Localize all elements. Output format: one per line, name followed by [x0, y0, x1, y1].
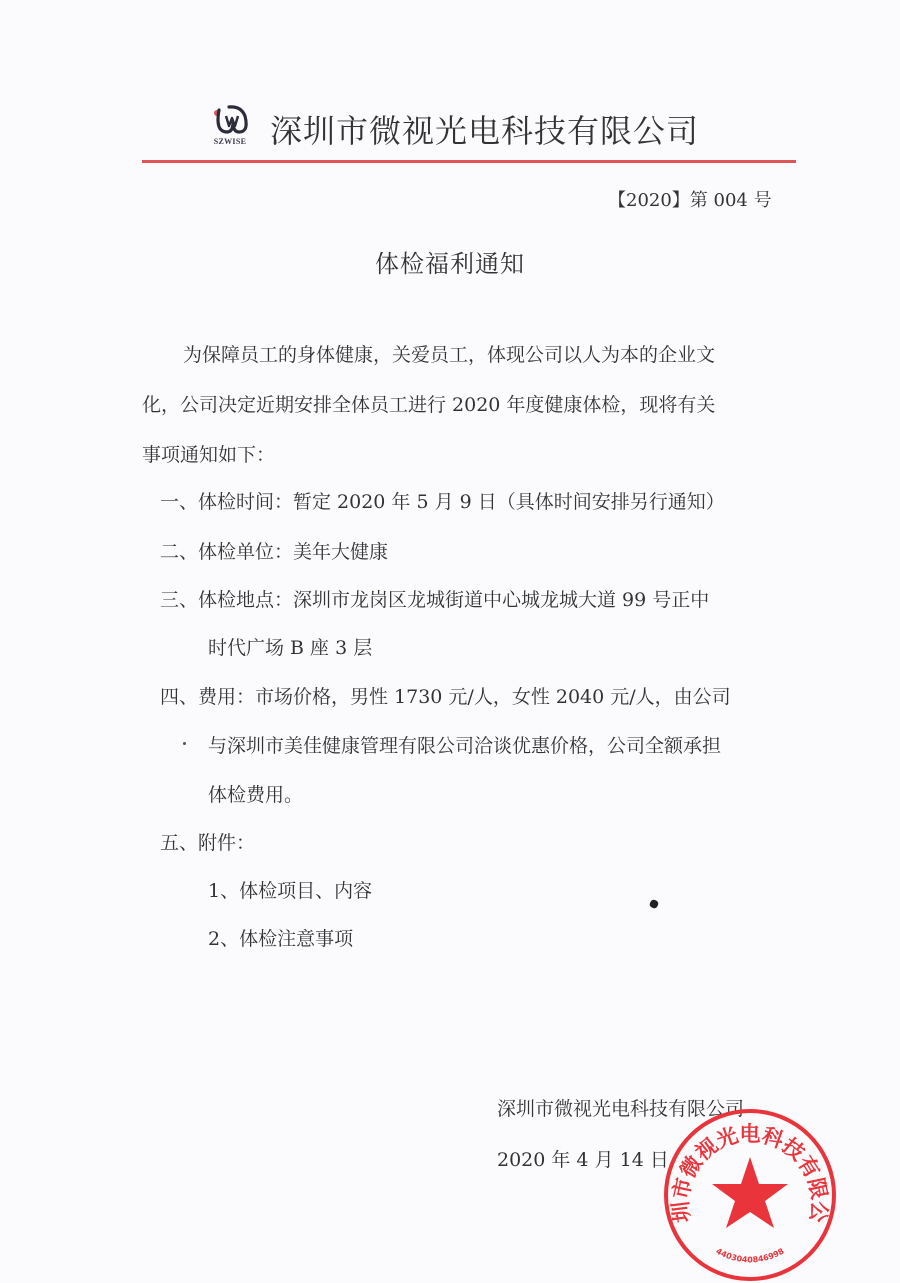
item-fees-cont: 体检费用。: [208, 780, 303, 807]
item-attachments: 五、附件：: [160, 828, 255, 855]
seal-graphic: 深圳市微视光电科技有限公司 4403040846998: [660, 1105, 840, 1283]
document-title: 体检福利通知: [375, 244, 525, 279]
scan-speck: [183, 742, 186, 745]
attachment-item: 2、体检注意事项: [208, 924, 353, 951]
intro-line: 化，公司决定近期安排全体员工进行 2020 年度健康体检，现将有关: [142, 390, 715, 417]
scan-speck: [649, 899, 660, 910]
item-exam-location: 三、体检地点：深圳市龙岗区龙城街道中心城龙城大道 99 号正中: [160, 585, 709, 612]
logo-icon: [205, 102, 255, 142]
signature-date: 2020 年 4 月 14 日: [497, 1145, 669, 1172]
company-seal: 深圳市微视光电科技有限公司 4403040846998: [660, 1105, 840, 1283]
header-divider: [142, 160, 796, 163]
intro-line: 事项通知如下：: [142, 440, 275, 467]
item-exam-time: 一、体检时间：暂定 2020 年 5 月 9 日（具体时间安排另行通知）: [160, 487, 725, 514]
seal-code: 4403040846998: [714, 1246, 786, 1264]
logo-text: SZWISE: [205, 137, 255, 146]
item-fees: 四、费用：市场价格，男性 1730 元/人，女性 2040 元/人，由公司: [160, 682, 731, 709]
star-icon: [712, 1157, 788, 1228]
item-exam-provider: 二、体检单位：美年大健康: [160, 537, 388, 564]
item-fees-cont: 与深圳市美佳健康管理有限公司洽谈优惠价格，公司全额承担: [208, 731, 721, 758]
document-number: 【2020】第 004 号: [608, 186, 772, 212]
intro-line: 为保障员工的身体健康，关爱员工，体现公司以人为本的企业文: [183, 340, 715, 367]
company-name-header: 深圳市微视光电科技有限公司: [270, 106, 699, 152]
attachment-item: 1、体检项目、内容: [208, 876, 372, 903]
item-exam-location-cont: 时代广场 B 座 3 层: [208, 633, 372, 660]
